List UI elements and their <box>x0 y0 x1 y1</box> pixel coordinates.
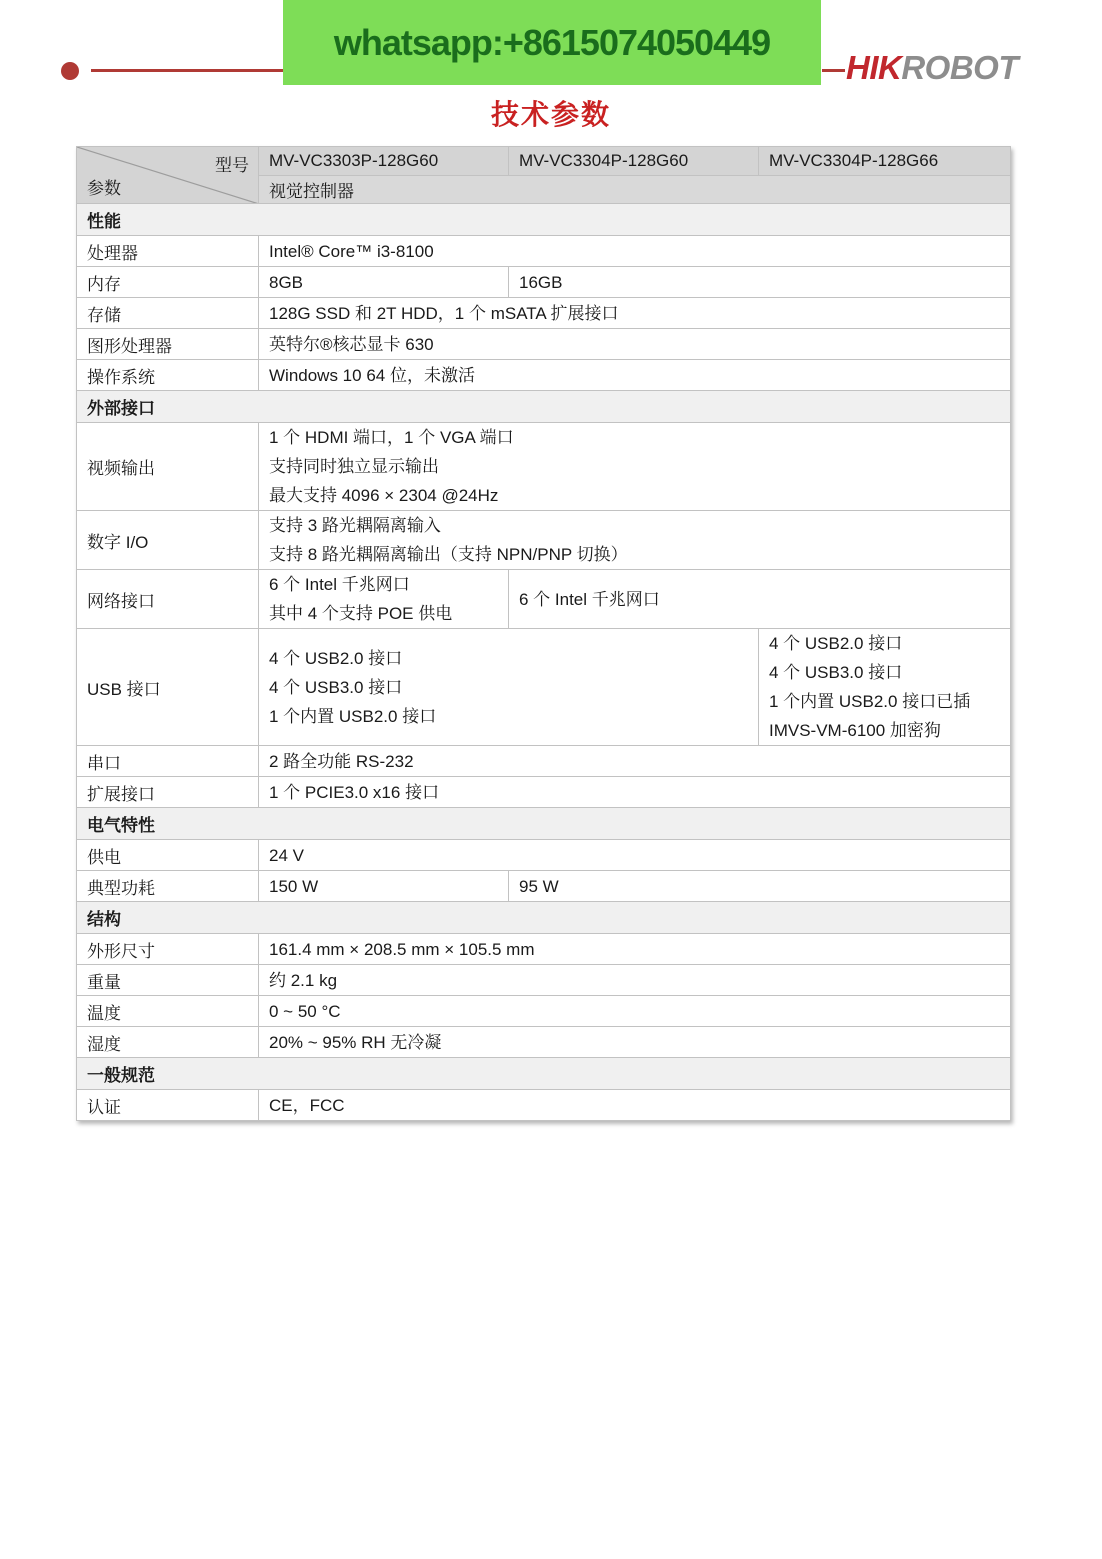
spec-value-line: 约 2.1 kg <box>269 966 1000 995</box>
spec-value-line: 4 个 USB3.0 接口 <box>769 658 1000 687</box>
spec-row: 供电 24 V <box>77 840 1011 871</box>
spec-value-line: 2 路全功能 RS-232 <box>269 747 1000 776</box>
spec-label: 扩展接口 <box>77 777 259 808</box>
corner-cell: 型号 参数 <box>77 147 259 204</box>
spec-label: 数字 I/O <box>77 511 259 570</box>
spec-value-line: Intel® Core™ i3-8100 <box>269 237 1000 266</box>
spec-label: 图形处理器 <box>77 329 259 360</box>
spec-label: 重量 <box>77 965 259 996</box>
spec-value-line: 支持 8 路光耦隔离输出（支持 NPN/PNP 切换） <box>269 540 1000 569</box>
spec-row: 认证 CE，FCC <box>77 1090 1011 1121</box>
spec-value-cell: 2 路全功能 RS-232 <box>259 746 1011 777</box>
spec-value-cell: Intel® Core™ i3-8100 <box>259 236 1011 267</box>
spec-row: 数字 I/O 支持 3 路光耦隔离输入 支持 8 路光耦隔离输出（支持 NPN/… <box>77 511 1011 570</box>
hikrobot-logo: HIKROBOT <box>846 49 1018 87</box>
spec-label: 供电 <box>77 840 259 871</box>
spec-row: 内存 8GB 16GB <box>77 267 1011 298</box>
header-rule-left <box>91 69 283 72</box>
spec-value-line: 24 V <box>269 841 1000 870</box>
spec-value-line: 95 W <box>519 872 1000 901</box>
spec-value-line: 支持同时独立显示输出 <box>269 452 1000 481</box>
spec-label: 操作系统 <box>77 360 259 391</box>
section-row: 电气特性 <box>77 808 1011 840</box>
header-rule-right <box>822 69 845 72</box>
spec-label: 网络接口 <box>77 570 259 629</box>
model-name: MV-VC3303P-128G60 <box>259 147 509 176</box>
spec-value-line: 16GB <box>519 268 1000 297</box>
spec-value-line: 1 个 PCIE3.0 x16 接口 <box>269 778 1000 807</box>
section-label: 性能 <box>77 204 1011 236</box>
spec-value-cell: 6 个 Intel 千兆网口 <box>509 570 1011 629</box>
spec-value-cell: 1 个 HDMI 端口，1 个 VGA 端口 支持同时独立显示输出 最大支持 4… <box>259 423 1011 511</box>
spec-row: 重量 约 2.1 kg <box>77 965 1011 996</box>
spec-label: 内存 <box>77 267 259 298</box>
spec-value-cell: Windows 10 64 位，未激活 <box>259 360 1011 391</box>
spec-table: 型号 参数 MV-VC3303P-128G60 MV-VC3304P-128G6… <box>76 146 1011 1121</box>
section-label: 电气特性 <box>77 808 1011 840</box>
spec-value-cell: CE，FCC <box>259 1090 1011 1121</box>
model-name: MV-VC3304P-128G60 <box>509 147 759 176</box>
spec-value-line: CE，FCC <box>269 1091 1000 1120</box>
spec-value-cell: 8GB <box>259 267 509 298</box>
spec-value-line: 最大支持 4096 × 2304 @24Hz <box>269 481 1000 510</box>
bullet-dot <box>61 62 79 80</box>
section-row: 外部接口 <box>77 391 1011 423</box>
spec-row: 存储 128G SSD 和 2T HDD，1 个 mSATA 扩展接口 <box>77 298 1011 329</box>
spec-row: 操作系统 Windows 10 64 位，未激活 <box>77 360 1011 391</box>
spec-value-cell: 0 ~ 50 °C <box>259 996 1011 1027</box>
spec-value-cell: 4 个 USB2.0 接口 4 个 USB3.0 接口 1 个内置 USB2.0… <box>759 629 1011 746</box>
spec-value-line: 支持 3 路光耦隔离输入 <box>269 511 1000 540</box>
spec-label: 典型功耗 <box>77 871 259 902</box>
section-label: 结构 <box>77 902 1011 934</box>
spec-value-cell: 95 W <box>509 871 1011 902</box>
spec-value-cell: 1 个 PCIE3.0 x16 接口 <box>259 777 1011 808</box>
corner-param-label: 参数 <box>87 174 121 199</box>
spec-row: 外形尺寸 161.4 mm × 208.5 mm × 105.5 mm <box>77 934 1011 965</box>
spec-value-line: 1 个内置 USB2.0 接口 <box>269 702 748 731</box>
spec-label: 串口 <box>77 746 259 777</box>
spec-row: 扩展接口 1 个 PCIE3.0 x16 接口 <box>77 777 1011 808</box>
spec-value-line: 6 个 Intel 千兆网口 <box>519 585 1000 614</box>
corner-model-label: 型号 <box>215 151 249 176</box>
spec-label: 存储 <box>77 298 259 329</box>
spec-label: USB 接口 <box>77 629 259 746</box>
spec-label: 认证 <box>77 1090 259 1121</box>
spec-label: 处理器 <box>77 236 259 267</box>
section-row: 性能 <box>77 204 1011 236</box>
logo-hik: HIK <box>846 49 901 86</box>
spec-value-line: 20% ~ 95% RH 无冷凝 <box>269 1028 1000 1057</box>
spec-value-cell: 4 个 USB2.0 接口 4 个 USB3.0 接口 1 个内置 USB2.0… <box>259 629 759 746</box>
spec-value-cell: 英特尔®核芯显卡 630 <box>259 329 1011 360</box>
spec-value-line: 128G SSD 和 2T HDD，1 个 mSATA 扩展接口 <box>269 299 1000 328</box>
section-row: 一般规范 <box>77 1058 1011 1090</box>
spec-row: 串口 2 路全功能 RS-232 <box>77 746 1011 777</box>
spec-label: 湿度 <box>77 1027 259 1058</box>
spec-value-cell: 16GB <box>509 267 1011 298</box>
spec-value-cell: 6 个 Intel 千兆网口 其中 4 个支持 POE 供电 <box>259 570 509 629</box>
spec-row: 网络接口 6 个 Intel 千兆网口 其中 4 个支持 POE 供电 6 个 … <box>77 570 1011 629</box>
spec-row: 典型功耗 150 W 95 W <box>77 871 1011 902</box>
spec-value-line: 4 个 USB2.0 接口 <box>769 629 1000 658</box>
spec-label: 温度 <box>77 996 259 1027</box>
spec-row: 视频输出 1 个 HDMI 端口，1 个 VGA 端口 支持同时独立显示输出 最… <box>77 423 1011 511</box>
spec-value-line: 0 ~ 50 °C <box>269 997 1000 1026</box>
spec-value-line: IMVS-VM-6100 加密狗 <box>769 716 1000 745</box>
spec-value-cell: 161.4 mm × 208.5 mm × 105.5 mm <box>259 934 1011 965</box>
spec-label: 视频输出 <box>77 423 259 511</box>
spec-value-line: 161.4 mm × 208.5 mm × 105.5 mm <box>269 935 1000 964</box>
category-cell: 视觉控制器 <box>259 176 1011 204</box>
spec-value-line: 6 个 Intel 千兆网口 <box>269 570 498 599</box>
spec-value-line: 150 W <box>269 872 498 901</box>
spec-value-cell: 128G SSD 和 2T HDD，1 个 mSATA 扩展接口 <box>259 298 1011 329</box>
spec-row: 图形处理器 英特尔®核芯显卡 630 <box>77 329 1011 360</box>
spec-row: USB 接口 4 个 USB2.0 接口 4 个 USB3.0 接口 1 个内置… <box>77 629 1011 746</box>
spec-value-line: 其中 4 个支持 POE 供电 <box>269 599 498 628</box>
spec-value-line: Windows 10 64 位，未激活 <box>269 361 1000 390</box>
section-row: 结构 <box>77 902 1011 934</box>
spec-value-line: 4 个 USB2.0 接口 <box>269 644 748 673</box>
section-label: 外部接口 <box>77 391 1011 423</box>
whatsapp-banner: whatsapp:+8615074050449 <box>283 0 821 85</box>
spec-value-line: 4 个 USB3.0 接口 <box>269 673 748 702</box>
spec-value-cell: 24 V <box>259 840 1011 871</box>
spec-value-cell: 约 2.1 kg <box>259 965 1011 996</box>
page-title: 技术参数 <box>0 93 1102 133</box>
model-name: MV-VC3304P-128G66 <box>759 147 1011 176</box>
whatsapp-contact-text: whatsapp:+8615074050449 <box>334 22 770 64</box>
spec-value-line: 英特尔®核芯显卡 630 <box>269 330 1000 359</box>
spec-row: 温度 0 ~ 50 °C <box>77 996 1011 1027</box>
spec-value-cell: 支持 3 路光耦隔离输入 支持 8 路光耦隔离输出（支持 NPN/PNP 切换） <box>259 511 1011 570</box>
model-header-row: 型号 参数 MV-VC3303P-128G60 MV-VC3304P-128G6… <box>77 147 1011 176</box>
spec-value-line: 8GB <box>269 268 498 297</box>
section-label: 一般规范 <box>77 1058 1011 1090</box>
logo-robot: ROBOT <box>901 49 1018 86</box>
spec-label: 外形尺寸 <box>77 934 259 965</box>
spec-value-line: 1 个内置 USB2.0 接口已插 <box>769 687 1000 716</box>
spec-row: 湿度 20% ~ 95% RH 无冷凝 <box>77 1027 1011 1058</box>
spec-row: 处理器 Intel® Core™ i3-8100 <box>77 236 1011 267</box>
spec-value-line: 1 个 HDMI 端口，1 个 VGA 端口 <box>269 423 1000 452</box>
spec-value-cell: 150 W <box>259 871 509 902</box>
spec-value-cell: 20% ~ 95% RH 无冷凝 <box>259 1027 1011 1058</box>
